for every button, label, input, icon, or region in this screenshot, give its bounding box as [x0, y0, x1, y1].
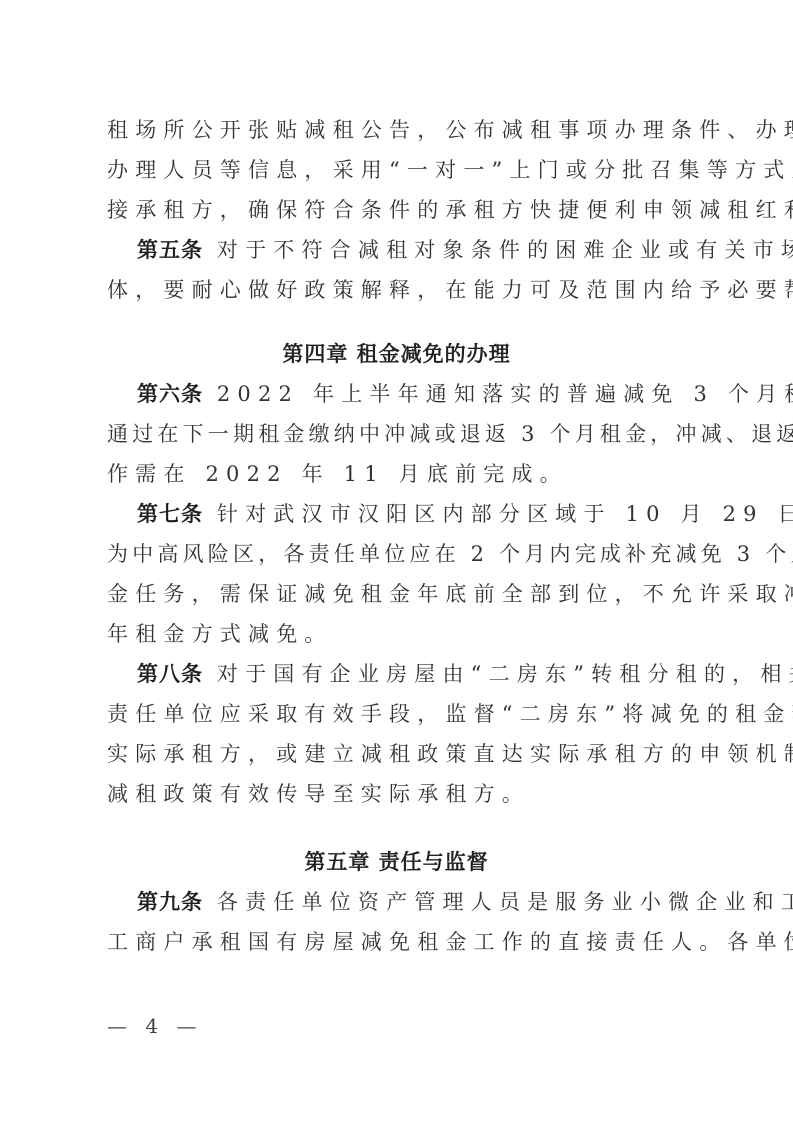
text-line: 年租金方式减免。: [107, 620, 692, 648]
article-6-first-line: 第六条 2022 年上半年通知落实的普遍减免 3 个月租金，可: [137, 380, 722, 408]
text-span: 对于不符合减租对象条件的困难企业或有关市场主: [203, 238, 793, 262]
text-line: 接承租方，确保符合条件的承租方快捷便利申领减租红利。: [107, 196, 692, 224]
article-5-first-line: 第五条 对于不符合减租对象条件的困难企业或有关市场主: [137, 236, 722, 264]
article-7-label: 第七条: [137, 502, 203, 526]
article-8-first-line: 第八条 对于国有企业房屋由“二房东”转租分租的，相关: [137, 660, 722, 688]
chapter-5-heading: 第五章 责任与监督: [0, 848, 793, 876]
article-9-first-line: 第九条 各责任单位资产管理人员是服务业小微企业和工体: [137, 888, 722, 916]
text-line: 减租政策有效传导至实际承租方。: [107, 780, 692, 808]
article-5-label: 第五条: [137, 238, 203, 262]
text-line: 金任务，需保证减免租金年底前全部到位，不允许采取冲减下一: [107, 580, 692, 608]
text-line: 实际承租方，或建立减租政策直达实际承租方的申领机制，确保: [107, 740, 692, 768]
text-line: 通过在下一期租金缴纳中冲减或退返 3 个月租金，冲减、退返工: [107, 420, 692, 448]
text-line: 办理人员等信息，采用“一对一”上门或分批召集等方式主动对: [107, 156, 692, 184]
text-line: 为中高风险区，各责任单位应在 2 个月内完成补充减免 3 个月租: [107, 540, 692, 568]
page-number: — 4 —: [107, 1012, 202, 1040]
chapter-4-heading: 第四章 租金减免的办理: [0, 340, 793, 368]
text-span: 各责任单位资产管理人员是服务业小微企业和工体: [203, 890, 793, 914]
article-8-label: 第八条: [137, 662, 203, 686]
text-span: 2022 年上半年通知落实的普遍减免 3 个月租金，可: [203, 382, 793, 406]
text-line: 体，要耐心做好政策解释，在能力可及范围内给予必要帮扶。: [107, 276, 692, 304]
text-line: 工商户承租国有房屋减免租金工作的直接责任人。各单位主要负: [107, 928, 692, 956]
text-line: 租场所公开张贴减租公告，公布减租事项办理条件、办理流程、: [107, 116, 692, 144]
text-line: 责任单位应采取有效手段，监督“二房东”将减免的租金落实到: [107, 700, 692, 728]
article-7-first-line: 第七条 针对武汉市汉阳区内部分区域于 10 月 29 日被划定: [137, 500, 722, 528]
text-span: 针对武汉市汉阳区内部分区域于 10 月 29 日被划定: [203, 502, 793, 526]
text-line: 作需在 2022 年 11 月底前完成。: [107, 460, 692, 488]
text-span: 对于国有企业房屋由“二房东”转租分租的，相关: [203, 662, 793, 686]
article-9-label: 第九条: [137, 890, 203, 914]
document-page: 租场所公开张贴减租公告，公布减租事项办理条件、办理流程、 办理人员等信息，采用“…: [0, 0, 793, 1124]
article-6-label: 第六条: [137, 382, 203, 406]
